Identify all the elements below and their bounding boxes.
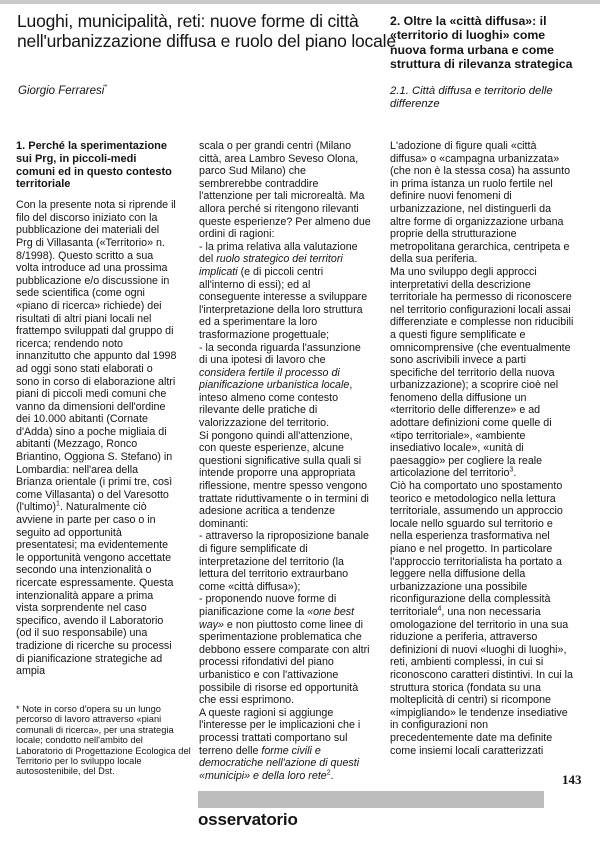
article-title: Luoghi, municipalità, reti: nuove forme … (17, 12, 403, 51)
article-author: Giorgio Ferraresi* (18, 84, 318, 97)
journal-page: Luoghi, municipalità, reti: nuove forme … (0, 0, 600, 847)
paragraph: Con la presente nota si riprende il filo… (16, 199, 177, 678)
paragraph: Ma uno sviluppo degli approcci interpret… (390, 266, 574, 480)
column-3-header: 2. Oltre la «città diffusa»: il «territo… (390, 14, 576, 111)
paragraph: - proponendo nuove forme di pianificazio… (199, 593, 371, 706)
paragraph: Si pongono quindi all'attenzione, con qu… (199, 430, 371, 531)
paragraph: - attraverso la riproposizione banale di… (199, 530, 371, 593)
section-heading: 1. Perché la sperimentazione sui Prg, in… (16, 140, 177, 191)
paragraph: A queste ragioni si aggiunge l'interesse… (199, 707, 371, 783)
author-name: Giorgio Ferraresi (18, 85, 104, 97)
paragraph: L'adozione di figure quali «città diffus… (390, 140, 574, 266)
column-2: scala o per grandi centri (Milano città,… (199, 140, 371, 782)
footer-rule (198, 791, 544, 808)
paragraph: Ciò ha comportato uno spostamento teoric… (390, 480, 574, 757)
paragraph: - la prima relativa alla valutazione del… (199, 241, 371, 342)
section-heading-2: 2. Oltre la «città diffusa»: il «territo… (390, 14, 576, 71)
column-3: L'adozione di figure quali «città diffus… (390, 140, 574, 757)
page-number: 143 (562, 772, 582, 788)
top-rule (0, 0, 600, 4)
section-subheading-2-1: 2.1. Città diffusa e territorio delle di… (390, 85, 576, 111)
section-footer-label: osservatorio (198, 810, 298, 830)
footnote: * Note in corso d'opera su un lungo perc… (16, 704, 192, 777)
paragraph: scala o per grandi centri (Milano città,… (199, 140, 371, 241)
column-1: 1. Perché la sperimentazione sui Prg, in… (16, 140, 177, 678)
author-note-mark: * (104, 84, 107, 91)
paragraph: - la seconda riguarda l'assunzione di un… (199, 342, 371, 430)
